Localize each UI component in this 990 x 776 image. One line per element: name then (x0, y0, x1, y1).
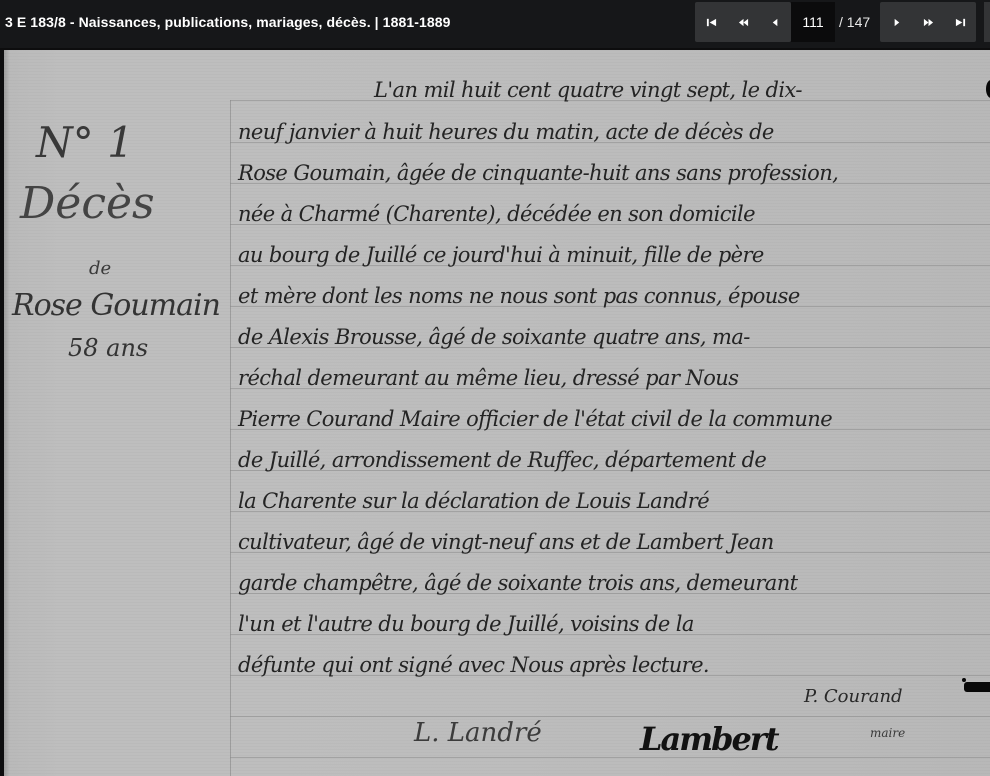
text-line: Rose Goumain, âgée de cinquante-huit ans… (238, 161, 838, 185)
signature-witness-1: L. Landré (414, 718, 542, 748)
next-page-icon (891, 17, 902, 28)
fast-backward-icon (738, 17, 749, 28)
previous-page-icon (770, 17, 781, 28)
ink-mark (986, 80, 990, 98)
ruled-line (230, 716, 990, 717)
fast-forward-button[interactable] (912, 2, 944, 42)
pagination: / 147 (695, 2, 976, 42)
last-page-icon (955, 17, 966, 28)
text-line: l'un et l'autre du bourg de Juillé, vois… (238, 612, 694, 636)
text-line: L'an mil huit cent quatre vingt sept, le… (374, 78, 802, 102)
text-line: garde champêtre, âgé de soixante trois a… (238, 571, 798, 595)
page-indicator: / 147 (791, 2, 880, 42)
signature-witness-2: Lambert (640, 720, 777, 758)
margin-act-type: Décès (20, 178, 155, 229)
first-page-button[interactable] (695, 2, 727, 42)
scanned-page: N° 1 Décès de Rose Goumain 58 ans L'an m… (4, 50, 990, 776)
margin-deceased-name: Rose Goumain (12, 288, 220, 323)
previous-page-button[interactable] (759, 2, 791, 42)
ruled-line (230, 757, 990, 758)
next-page-button[interactable] (880, 2, 912, 42)
text-line: et mère dont les noms ne nous sont pas c… (238, 284, 800, 308)
first-page-icon (706, 17, 717, 28)
text-line: de Juillé, arrondissement de Ruffec, dép… (238, 448, 766, 472)
document-viewer[interactable]: N° 1 Décès de Rose Goumain 58 ans L'an m… (0, 48, 990, 776)
text-line: défunte qui ont signé avec Nous après le… (238, 653, 709, 677)
ink-mark (964, 682, 990, 692)
fast-forward-icon (923, 17, 934, 28)
text-line: la Charente sur la déclaration de Louis … (238, 489, 709, 513)
extra-toolbar-button[interactable] (984, 2, 990, 42)
signature-mayor: P. Courand (804, 686, 903, 707)
text-line: réchal demeurant au même lieu, dressé pa… (238, 366, 738, 390)
margin-de: de (89, 258, 111, 279)
page-number-input[interactable] (791, 2, 835, 42)
text-line: née à Charmé (Charente), décédée en son … (238, 202, 755, 226)
signature-mayor-title: maire (870, 726, 905, 740)
text-line: au bourg de Juillé ce jourd'hui à minuit… (238, 243, 764, 267)
text-line: de Alexis Brousse, âgé de soixante quatr… (238, 325, 750, 349)
document-title: 3 E 183/8 - Naissances, publications, ma… (5, 14, 451, 30)
text-line: neuf janvier à huit heures du matin, act… (238, 120, 774, 144)
fast-backward-button[interactable] (727, 2, 759, 42)
text-line: cultivateur, âgé de vingt-neuf ans et de… (238, 530, 774, 554)
last-page-button[interactable] (944, 2, 976, 42)
margin-act-number: N° 1 (36, 118, 134, 167)
margin-deceased-age: 58 ans (68, 334, 148, 362)
ink-mark (962, 678, 966, 682)
prev-button-group (695, 2, 791, 42)
text-line: Pierre Courand Maire officier de l'état … (238, 407, 832, 431)
next-button-group (880, 2, 976, 42)
page-total: / 147 (835, 14, 880, 30)
top-bar: 3 E 183/8 - Naissances, publications, ma… (0, 0, 990, 48)
